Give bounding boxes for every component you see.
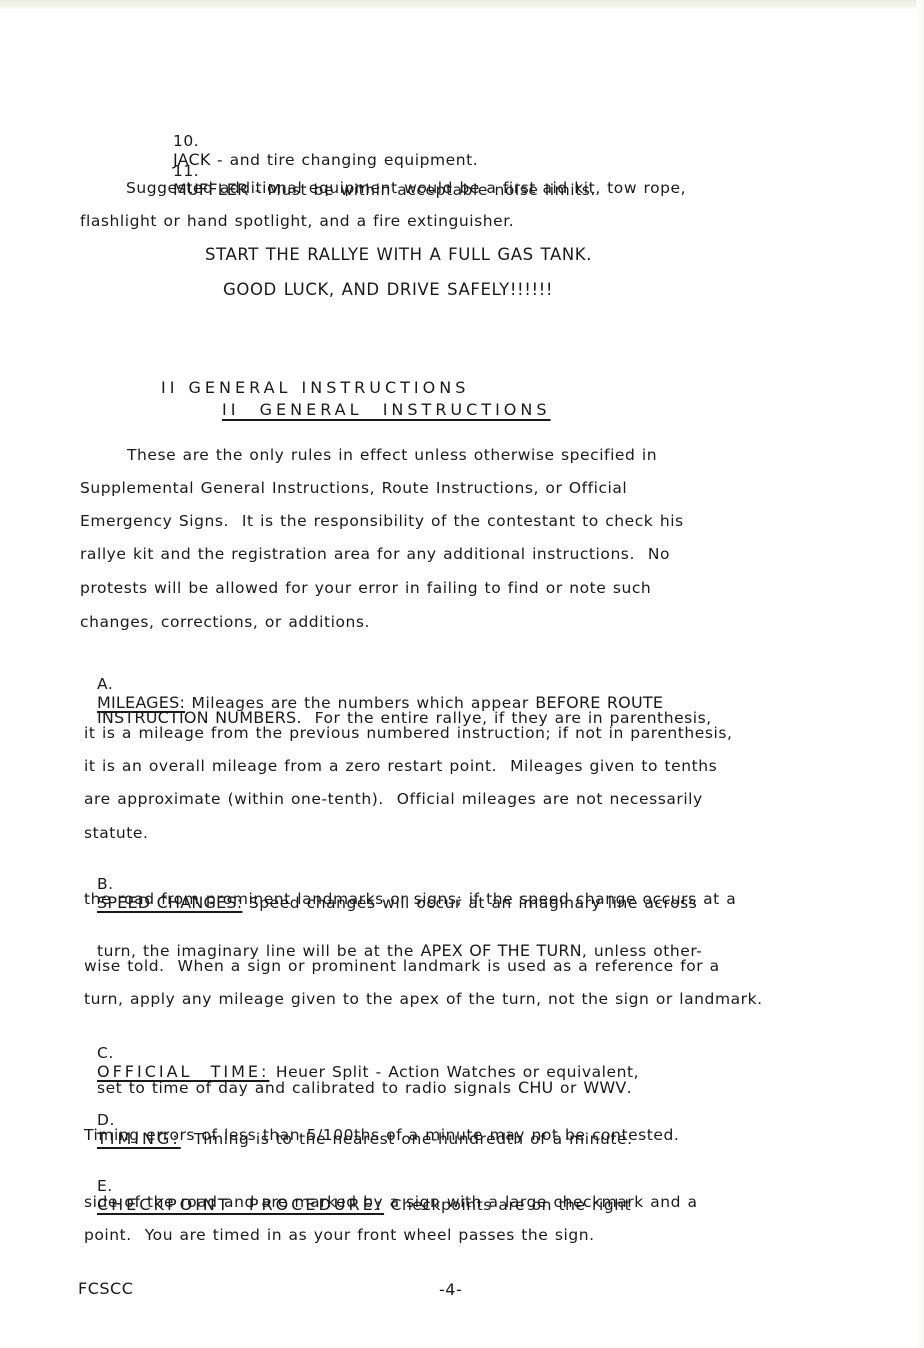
rule-a-line-2: INSTRUCTION NUMBERS. For the entire rall… bbox=[84, 690, 712, 727]
rule-a-line: statute. bbox=[84, 824, 149, 842]
intro-line: Emergency Signs. It is the responsibilit… bbox=[80, 512, 684, 530]
section-heading-plain: II GENERAL INSTRUCTIONS bbox=[161, 378, 469, 397]
intro-line: rallye kit and the registration area for… bbox=[80, 545, 670, 563]
rule-b-line: wise told. When a sign or prominent land… bbox=[84, 957, 720, 975]
item-number: 11. bbox=[173, 162, 199, 180]
suggested-equipment-line-1: Suggested additional equipment would be … bbox=[126, 179, 686, 197]
rule-c-line-2: set to time of day and calibrated to rad… bbox=[84, 1060, 632, 1097]
rule-b-line: turn, apply any mileage given to the ape… bbox=[84, 990, 763, 1008]
notice-good-luck: GOOD LUCK, AND DRIVE SAFELY!!!!!! bbox=[223, 280, 553, 299]
rule-a-line: are approximate (within one-tenth). Offi… bbox=[84, 790, 703, 808]
rule-d-line: Timing errors of less than 5/100ths of a… bbox=[84, 1126, 679, 1144]
rule-b-line: the road from prominent landmarks or sig… bbox=[84, 890, 736, 908]
rule-b-line-3: turn, the imaginary line will be at the … bbox=[84, 923, 702, 960]
suggested-equipment-line-2: flashlight or hand spotlight, and a fire… bbox=[80, 212, 514, 230]
intro-line: Supplemental General Instructions, Route… bbox=[80, 479, 627, 497]
section-heading-underlined: II GENERAL INSTRUCTIONS bbox=[222, 400, 551, 419]
rule-a-line: it is a mileage from the previous number… bbox=[84, 724, 732, 742]
footer-organization: FCSCC bbox=[78, 1279, 133, 1298]
page-number: -4- bbox=[439, 1280, 462, 1299]
notice-gas-tank: START THE RALLYE WITH A FULL GAS TANK. bbox=[205, 245, 592, 264]
intro-line: changes, corrections, or additions. bbox=[80, 613, 370, 631]
rule-a-line: it is an overall mileage from a zero res… bbox=[84, 757, 717, 775]
scan-top-edge bbox=[0, 0, 924, 10]
rule-e-line: point. You are timed in as your front wh… bbox=[84, 1226, 595, 1244]
intro-line: protests will be allowed for your error … bbox=[80, 579, 651, 597]
intro-line: These are the only rules in effect unles… bbox=[127, 446, 657, 464]
scan-right-edge bbox=[916, 0, 924, 1348]
rule-e-line: side of the road and are marked by a sig… bbox=[84, 1193, 698, 1211]
